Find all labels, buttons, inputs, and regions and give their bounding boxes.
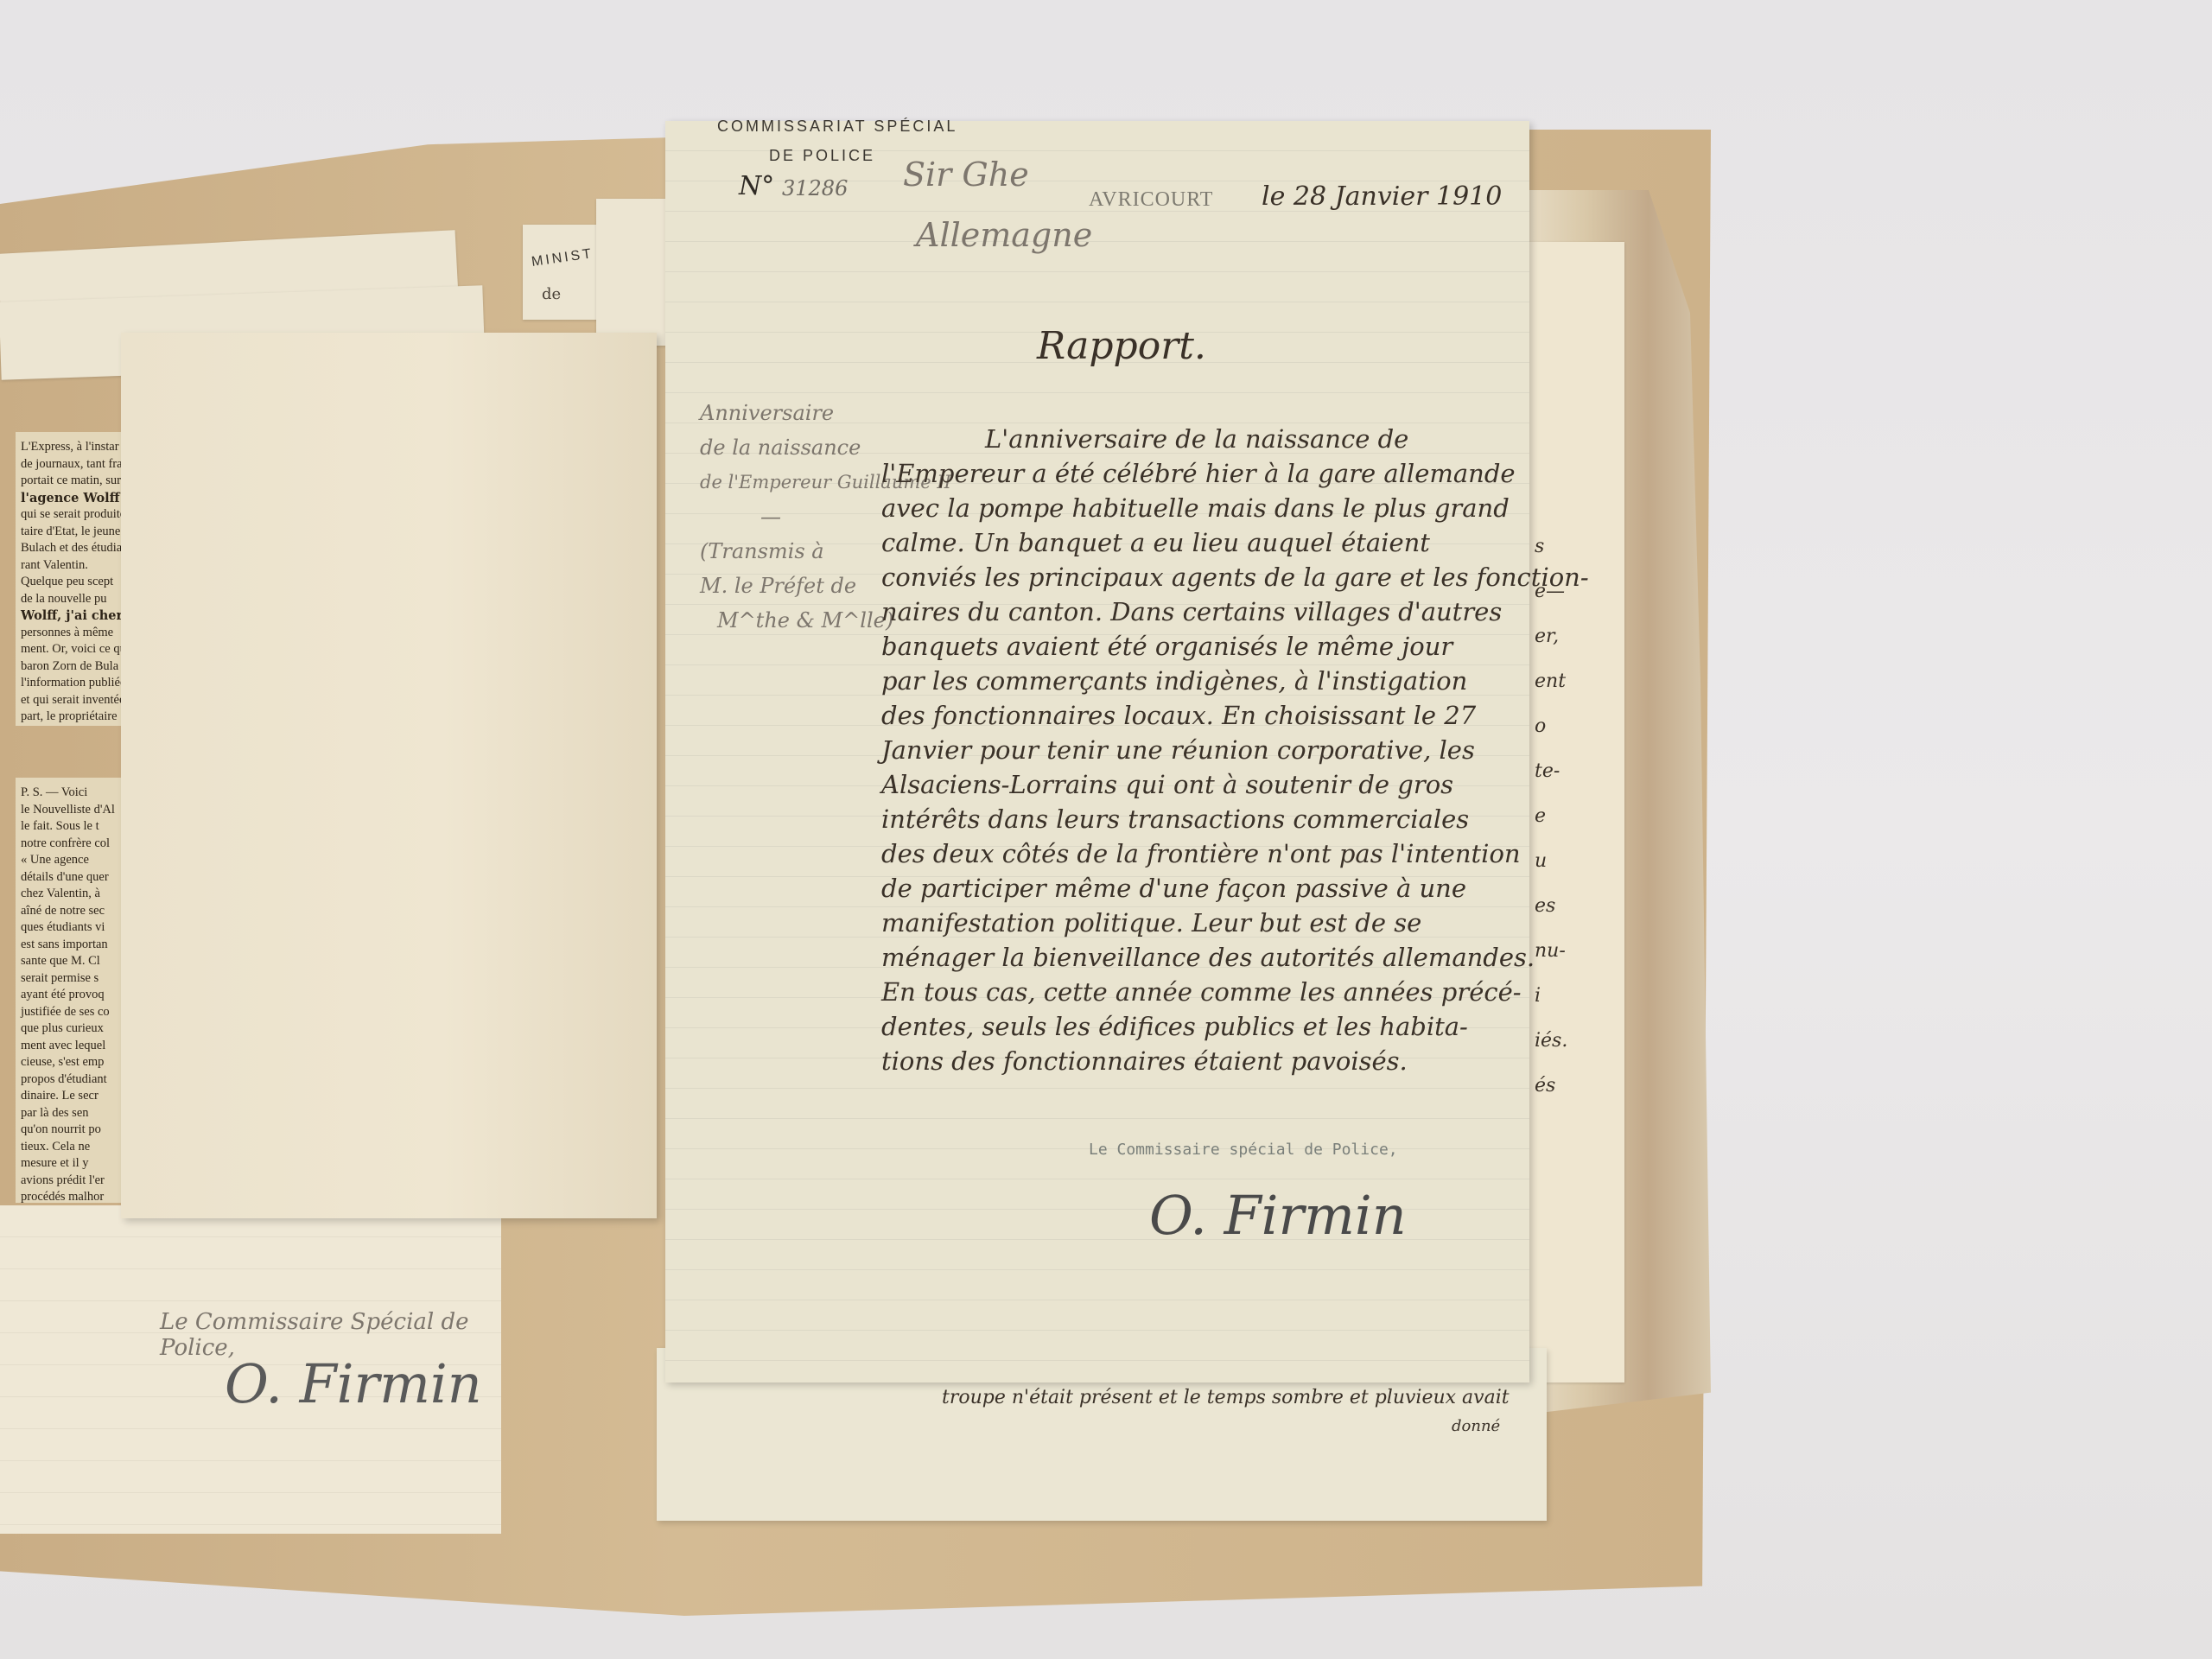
edge-text-fragment: és <box>1535 1075 1604 1120</box>
printed-signature-title: Le Commissaire spécial de Police, <box>1089 1141 1398 1159</box>
clipping-line: propos d'étudiant <box>21 1071 121 1089</box>
report-signature: O. Firmin <box>1149 1184 1407 1247</box>
newspaper-clipping-1: L'Express, à l'instarde journaux, tant f… <box>16 432 126 726</box>
report-body-line: L'anniversaire de la naissance de <box>881 422 1503 456</box>
edge-text-fragment: es <box>1535 895 1604 940</box>
report-body-line: naires du canton. Dans certains villages… <box>881 594 1503 629</box>
clipping-line: est sans importan <box>21 937 121 954</box>
report-body-line: avec la pompe habituelle mais dans le pl… <box>881 491 1503 525</box>
report-body-line: manifestation politique. Leur but est de… <box>881 906 1503 940</box>
report-body-line: ménager la bienveillance des autorités a… <box>881 940 1503 975</box>
office-stamp-line1: COMMISSARIAT SPÉCIAL <box>717 118 957 136</box>
clipping-line: rant Valentin. <box>21 557 121 575</box>
ministry-stamp-fragment-2: de <box>542 285 561 303</box>
newspaper-clipping-2: P. S. — Voicile Nouvelliste d'Alle fait.… <box>16 778 126 1203</box>
report-body-line: banquets avaient été organisés le même j… <box>881 629 1503 664</box>
edge-text-fragment: o <box>1535 715 1604 760</box>
underlying-sheet <box>596 199 674 346</box>
number-label: N° <box>739 171 774 201</box>
clipping-line: baron Zorn de Bula <box>21 658 121 676</box>
clipping-line: ayant été provoq <box>21 987 121 1004</box>
edge-text-fragment: er, <box>1535 626 1604 671</box>
report-body-line: Janvier pour tenir une réunion corporati… <box>881 733 1503 767</box>
clipping-line: taire d'Etat, le jeune <box>21 524 121 541</box>
left-signature: O. Firmin <box>225 1352 482 1415</box>
clipping-line: avions prédit l'er <box>21 1173 121 1190</box>
right-edge-fragments: se—er,entote-euesnu-iiés.és <box>1535 536 1604 1120</box>
document-number: 31286 <box>782 176 848 200</box>
clipping-line: chez Valentin, à <box>21 886 121 903</box>
clipping-line: portait ce matin, sur l <box>21 473 121 490</box>
clipping-line: ment. Or, voici ce qu <box>21 641 121 658</box>
edge-text-fragment: e <box>1535 805 1604 850</box>
report-body-line: par les commerçants indigènes, à l'insti… <box>881 664 1503 698</box>
pencil-annotation-1: Sir Ghe <box>903 156 1029 194</box>
edge-text-fragment: iés. <box>1535 1030 1604 1075</box>
ministry-stamp-fragment: MINIST <box>531 246 594 270</box>
ministry-sheet: MINIST de <box>523 225 601 320</box>
clipping-line: affirme que le baron <box>21 726 121 727</box>
continuation-line-2: donné <box>1452 1417 1500 1435</box>
clipping-line: ques étudiants vi <box>21 919 121 937</box>
continuation-line: troupe n'était présent et le temps sombr… <box>942 1387 1510 1408</box>
left-signed-sheet: Le Commissaire Spécial de Police, O. Fir… <box>0 1205 501 1534</box>
edge-text-fragment: u <box>1535 850 1604 895</box>
edge-text-fragment: i <box>1535 985 1604 1030</box>
clipping-line: de la nouvelle pu <box>21 591 121 608</box>
clipping-line: L'Express, à l'instar <box>21 439 121 456</box>
clipping-line: part, le propriétaire <box>21 709 121 726</box>
clipping-line: aîné de notre sec <box>21 903 121 920</box>
report-title: Rapport. <box>1037 324 1206 368</box>
clipping-line: tieux. Cela ne <box>21 1139 121 1156</box>
clipping-line: P. S. — Voici <box>21 785 121 802</box>
clipping-line: que plus curieux <box>21 1020 121 1038</box>
clipping-line: sante que M. Cl <box>21 953 121 970</box>
report-body-line: calme. Un banquet a eu lieu auquel étaie… <box>881 525 1503 560</box>
report-body-line: de participer même d'une façon passive à… <box>881 871 1503 906</box>
clipping-line: par là des sen <box>21 1105 121 1122</box>
clipping-line: qu'on nourrit po <box>21 1122 121 1139</box>
pencil-annotation-2: Allemagne <box>916 216 1092 254</box>
clipping-line: l'agence Wolff <box>21 490 121 507</box>
report-date: le 28 Janvier 1910 <box>1262 181 1502 212</box>
report-body-line: conviés les principaux agents de la gare… <box>881 560 1503 594</box>
report-body-line: tions des fonctionnaires étaient pavoisé… <box>881 1044 1503 1078</box>
clipping-line: justifiée de ses co <box>21 1004 121 1021</box>
clipping-line: serait permise s <box>21 970 121 988</box>
clipping-line: détails d'une quer <box>21 869 121 887</box>
edge-text-fragment: e— <box>1535 581 1604 626</box>
clipping-line: « Une agence <box>21 852 121 869</box>
clipping-line: Wolff, j'ai cherché <box>21 607 121 625</box>
report-body-line: dentes, seuls les édifices publics et le… <box>881 1009 1503 1044</box>
blank-facing-sheet <box>121 333 657 1218</box>
clipping-line: le fait. Sous le t <box>21 818 121 836</box>
report-place: AVRICOURT <box>1089 188 1213 212</box>
clipping-line: mesure et il y <box>21 1155 121 1173</box>
report-body-line: des deux côtés de la frontière n'ont pas… <box>881 836 1503 871</box>
report-body: L'anniversaire de la naissance del'Emper… <box>881 422 1503 1078</box>
clipping-line: l'information publiée <box>21 675 121 692</box>
edge-text-fragment: nu- <box>1535 940 1604 985</box>
clipping-line: dinaire. Le secr <box>21 1088 121 1105</box>
clipping-line: Quelque peu scept <box>21 574 121 591</box>
edge-text-fragment: te- <box>1535 760 1604 805</box>
clipping-line: notre confrère col <box>21 836 121 853</box>
report-body-line: En tous cas, cette année comme les année… <box>881 975 1503 1009</box>
clipping-line: qui se serait produite <box>21 506 121 524</box>
edge-text-fragment: ent <box>1535 671 1604 715</box>
clipping-line: de journaux, tant franç <box>21 456 121 474</box>
report-body-line: Alsaciens-Lorrains qui ont à soutenir de… <box>881 767 1503 802</box>
office-stamp-line2: DE POLICE <box>769 147 875 165</box>
clipping-line: et qui serait inventée <box>21 692 121 709</box>
edge-text-fragment: s <box>1535 536 1604 581</box>
clipping-line: cieuse, s'est emp <box>21 1054 121 1071</box>
clipping-line: le Nouvelliste d'Al <box>21 802 121 819</box>
report-sheet: COMMISSARIAT SPÉCIAL DE POLICE N° 31286 … <box>665 121 1529 1382</box>
clipping-line: personnes à même <box>21 625 121 642</box>
clipping-line: Bulach et des étudian <box>21 540 121 557</box>
clipping-line: procédés malhor <box>21 1189 121 1203</box>
clipping-line: ment avec lequel <box>21 1038 121 1055</box>
report-body-line: intérêts dans leurs transactions commerc… <box>881 802 1503 836</box>
report-body-line: des fonctionnaires locaux. En choisissan… <box>881 698 1503 733</box>
report-body-line: l'Empereur a été célébré hier à la gare … <box>881 456 1503 491</box>
